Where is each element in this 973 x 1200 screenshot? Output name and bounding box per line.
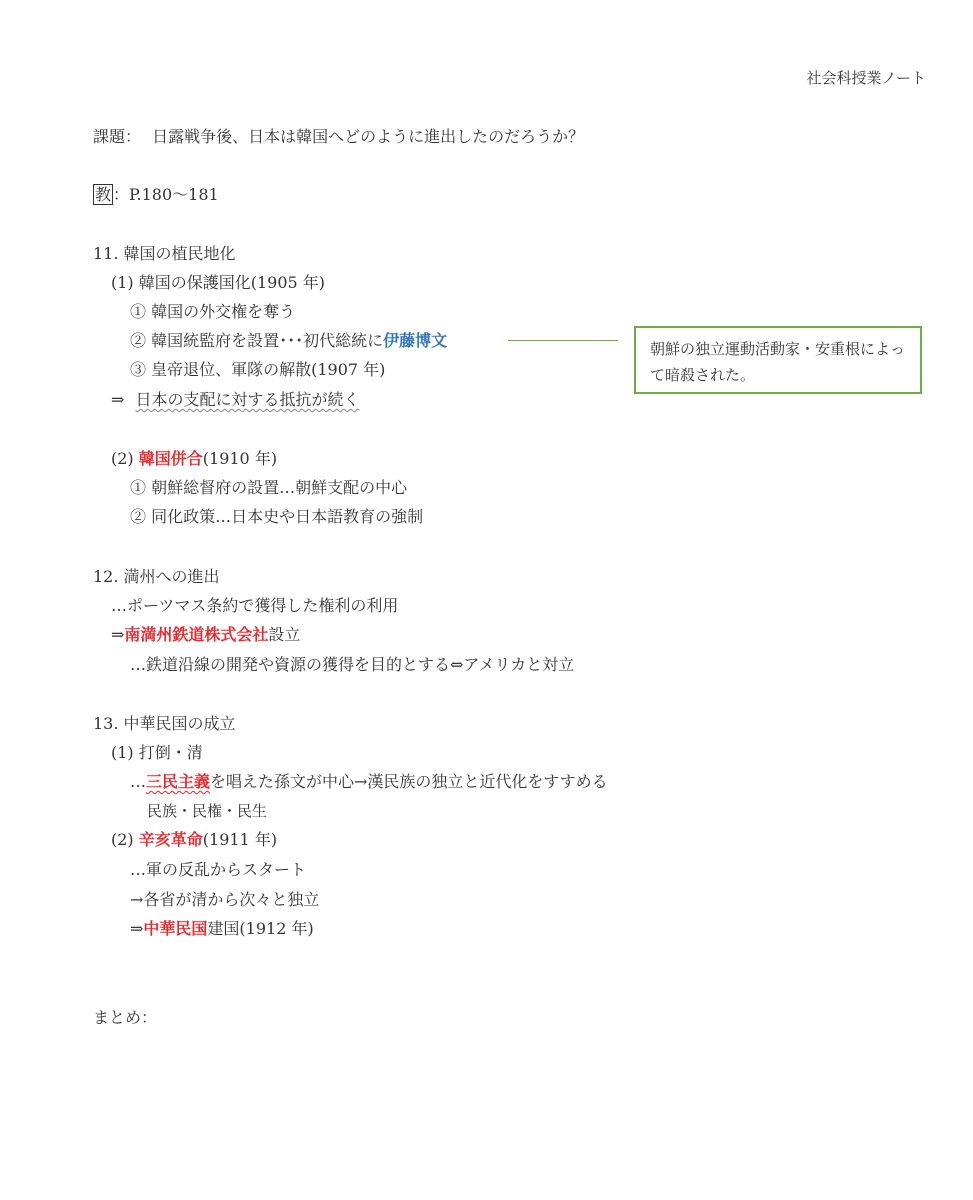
section-11-sub2-title: (2) 韓国併合(1910 年)	[111, 449, 277, 469]
highlight-annexation: 韓国併合	[139, 449, 203, 468]
section-12-line-2: ⇒南満州鉄道株式会社設立	[111, 625, 300, 645]
section-11-title: 11. 韓国の植民地化	[93, 244, 236, 264]
section-13-sub1-title: (1) 打倒・清	[111, 743, 203, 763]
item-2-text: ② 韓国統監府を設置･･･初代総統に	[130, 331, 383, 350]
sub2-suffix: (1911 年)	[203, 830, 277, 849]
textbook-pages: ：P.180～181	[113, 185, 219, 204]
section-11-sub1-item-1: ① 韓国の外交権を奪う	[130, 302, 295, 322]
callout-connector-line	[508, 340, 618, 341]
highlight-xinhai-revolution: 辛亥革命	[139, 830, 203, 849]
highlight-roc: 中華民国	[143, 919, 207, 938]
sub2-suffix: (1910 年)	[203, 449, 277, 468]
section-13-sub2-line-3: ⇒中華民国建国(1912 年)	[130, 919, 314, 939]
section-12-line-3: …鉄道沿線の開発や資源の獲得を目的とする⇔アメリカと対立	[130, 655, 574, 675]
task-line: 課題： 日露戦争後、日本は韓国へどのように進出したのだろうか？	[93, 127, 584, 147]
section-13-sub2-line-1: …軍の反乱からスタート	[130, 860, 306, 880]
section-11-sub2-item-2: ② 同化政策…日本史や日本語教育の強制	[130, 507, 423, 527]
highlight-mantetsu: 南満州鉄道株式会社	[124, 625, 268, 644]
section-12-title: 12. 満州への進出	[93, 567, 220, 587]
section-11-sub2-item-1: ① 朝鮮総督府の設置…朝鮮支配の中心	[130, 478, 407, 498]
textbook-icon: 教	[93, 184, 113, 205]
task-label: 課題：	[93, 127, 141, 146]
ellipsis: …	[130, 772, 146, 791]
section-13-sub2-title: (2) 辛亥革命(1911 年)	[111, 830, 277, 850]
summary-label: まとめ：	[93, 1008, 157, 1028]
arrow-icon: ⇒	[130, 919, 143, 938]
section-13-title: 13. 中華民国の成立	[93, 714, 236, 734]
sub1-suffix: を唱えた孫文が中心→漢民族の独立と近代化をすすめる	[210, 772, 608, 791]
line3-suffix: 建国(1912 年)	[207, 919, 313, 938]
arrow-icon: ⇒	[111, 390, 124, 409]
section-13-sub2-line-2: →各省が清から次々と独立	[130, 890, 319, 910]
section-11-sub1-title: (1) 韓国の保護国化(1905 年)	[111, 273, 325, 293]
arrow-icon: ⇒	[111, 625, 124, 644]
section-13-sub1-line: …三民主義を唱えた孫文が中心→漢民族の独立と近代化をすすめる	[130, 772, 608, 792]
highlight-ito-hirobumi: 伊藤博文	[383, 331, 447, 350]
textbook-ref: 教：P.180～181	[93, 185, 219, 205]
sub2-prefix: (2)	[111, 830, 139, 849]
section-12-line-1: …ポーツマス条約で獲得した権利の利用	[111, 596, 398, 616]
section-11-sub1-item-3: ③ 皇帝退位、軍隊の解散(1907 年)	[130, 360, 385, 380]
section-11-sub1-item-2: ② 韓国統監府を設置･･･初代総統に伊藤博文	[130, 331, 447, 351]
callout-box: 朝鮮の独立運動活動家・安重根によって暗殺された。	[634, 326, 922, 394]
sub2-prefix: (2)	[111, 449, 139, 468]
note-title: 社会科授業ノート	[806, 68, 926, 88]
result-text: 日本の支配に対する抵抗が続く	[136, 390, 360, 409]
task-question: 日露戦争後、日本は韓国へどのように進出したのだろうか？	[152, 127, 584, 146]
highlight-three-principles: 三民主義	[146, 772, 210, 791]
section-13-sub1-note: 民族・民権・民生	[147, 801, 267, 821]
section-11-result: ⇒ 日本の支配に対する抵抗が続く	[111, 390, 360, 410]
line2-suffix: 設立	[268, 625, 300, 644]
